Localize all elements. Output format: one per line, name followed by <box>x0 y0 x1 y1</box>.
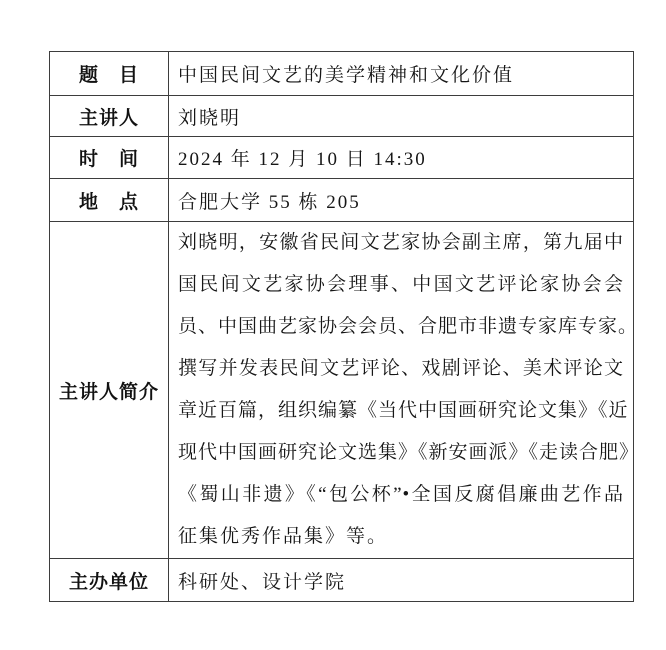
bio-line: 现代中国画研究论文选集》《新安画派》《走读合肥》 <box>178 432 624 474</box>
lecture-info-table: 题 目 中国民间文艺的美学精神和文化价值 主讲人 刘晓明 时 间 2024 年 … <box>49 51 634 602</box>
time-value: 2024 年 12 月 10 日 14:30 <box>169 137 634 179</box>
bio-line: 刘晓明，安徽省民间文艺家协会副主席，第九届中 <box>178 222 624 264</box>
title-value: 中国民间文艺的美学精神和文化价值 <box>169 52 634 96</box>
bio-text: 刘晓明，安徽省民间文艺家协会副主席，第九届中国民间文艺家协会理事、中国文艺评论家… <box>169 222 633 558</box>
table-row-time: 时 间 2024 年 12 月 10 日 14:30 <box>50 137 634 179</box>
bio-cell: 刘晓明，安徽省民间文艺家协会副主席，第九届中国民间文艺家协会理事、中国文艺评论家… <box>169 222 634 559</box>
bio-line: 征集优秀作品集》等。 <box>178 516 624 558</box>
table-row-title: 题 目 中国民间文艺的美学精神和文化价值 <box>50 52 634 96</box>
time-label: 时 间 <box>50 137 169 179</box>
bio-label: 主讲人简介 <box>50 222 169 559</box>
location-value: 合肥大学 55 栋 205 <box>169 179 634 222</box>
bio-line: 章近百篇，组织编纂《当代中国画研究论文集》《近 <box>178 390 624 432</box>
lecture-notice-sheet: 题 目 中国民间文艺的美学精神和文化价值 主讲人 刘晓明 时 间 2024 年 … <box>49 51 634 602</box>
table-row-speaker: 主讲人 刘晓明 <box>50 96 634 137</box>
speaker-label: 主讲人 <box>50 96 169 137</box>
bio-line: 《蜀山非遗》《“包公杯”•全国反腐倡廉曲艺作品 <box>178 474 624 516</box>
table-row-location: 地 点 合肥大学 55 栋 205 <box>50 179 634 222</box>
bio-line: 撰写并发表民间文艺评论、戏剧评论、美术评论文 <box>178 348 624 390</box>
location-label: 地 点 <box>50 179 169 222</box>
table-row-bio: 主讲人简介 刘晓明，安徽省民间文艺家协会副主席，第九届中国民间文艺家协会理事、中… <box>50 222 634 559</box>
bio-line: 国民间文艺家协会理事、中国文艺评论家协会会 <box>178 264 624 306</box>
organizer-label: 主办单位 <box>50 559 169 602</box>
organizer-value: 科研处、设计学院 <box>169 559 634 602</box>
title-label: 题 目 <box>50 52 169 96</box>
speaker-value: 刘晓明 <box>169 96 634 137</box>
bio-line: 员、中国曲艺家协会会员、合肥市非遗专家库专家。 <box>178 306 624 348</box>
table-row-organizer: 主办单位 科研处、设计学院 <box>50 559 634 602</box>
